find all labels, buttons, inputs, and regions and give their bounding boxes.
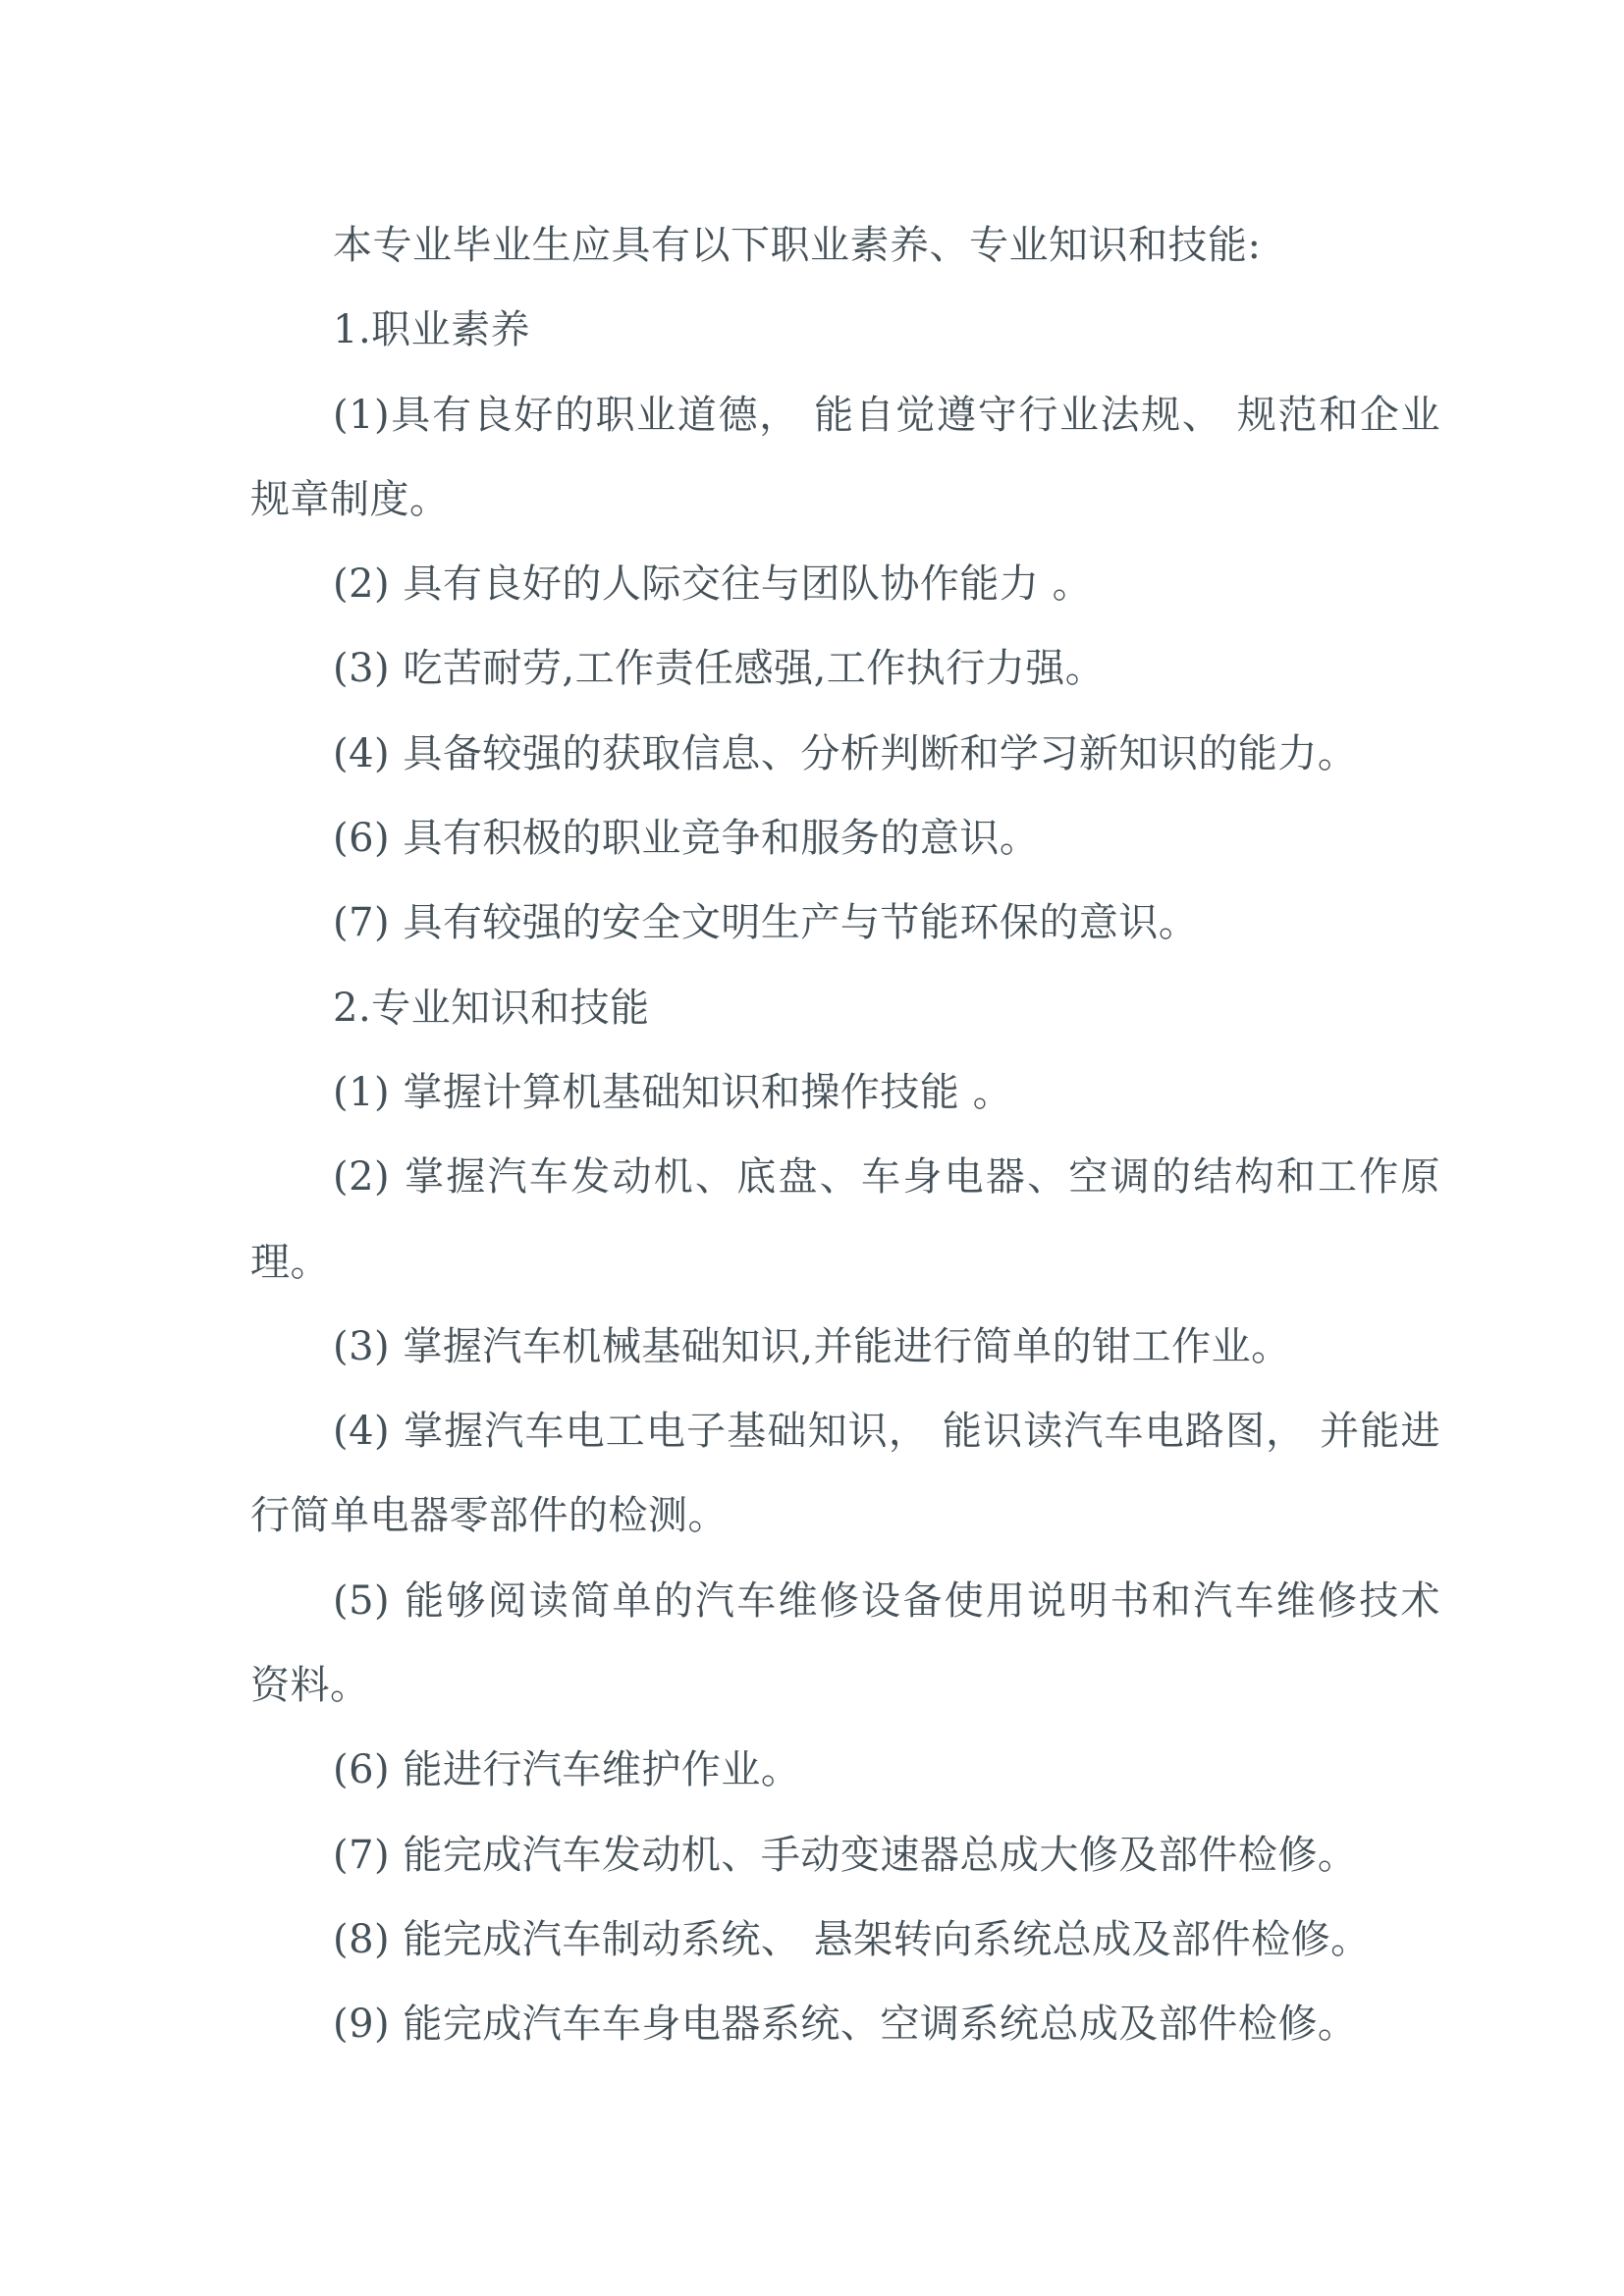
text-line-item-1-1a: (1)具有良好的职业道德， 能自觉遵守行业法规、 规范和企业 [250, 373, 1440, 457]
text-line-item-1-1b: 规章制度。 [250, 457, 1440, 542]
text-line-item-1-4: (4) 具备较强的获取信息、分析判断和学习新知识的能力。 [250, 712, 1440, 796]
document-text-block: 本专业毕业生应具有以下职业素养、专业知识和技能: 1.职业素养 (1)具有良好的… [250, 203, 1440, 2067]
text-line-item-2-5b: 资料。 [250, 1643, 1440, 1728]
text-line-item-2-5a: (5) 能够阅读简单的汽车维修设备使用说明书和汽车维修技术 [250, 1559, 1440, 1643]
text-line-item-1-6: (6) 具有积极的职业竞争和服务的意识。 [250, 796, 1440, 881]
text-line-item-2-8: (8) 能完成汽车制动系统、 悬架转向系统总成及部件检修。 [250, 1897, 1440, 1982]
text-line-item-2-2a: (2) 掌握汽车发动机、底盘、车身电器、空调的结构和工作原 [250, 1135, 1440, 1219]
text-line-item-2-7: (7) 能完成汽车发动机、手动变速器总成大修及部件检修。 [250, 1813, 1440, 1897]
text-line-heading-2: 2.专业知识和技能 [250, 966, 1440, 1050]
text-line-item-1-3: (3) 吃苦耐劳,工作责任感强,工作执行力强。 [250, 626, 1440, 711]
text-line-item-2-2b: 理。 [250, 1220, 1440, 1305]
text-line-item-1-2: (2) 具有良好的人际交往与团队协作能力 。 [250, 542, 1440, 626]
text-line-item-2-1: (1) 掌握计算机基础知识和操作技能 。 [250, 1050, 1440, 1135]
text-line-item-2-4a: (4) 掌握汽车电工电子基础知识， 能识读汽车电路图， 并能进 [250, 1389, 1440, 1473]
text-line-item-1-7: (7) 具有较强的安全文明生产与节能环保的意识。 [250, 881, 1440, 965]
text-line-item-2-3: (3) 掌握汽车机械基础知识,并能进行简单的钳工作业。 [250, 1305, 1440, 1389]
text-line-heading-1: 1.职业素养 [250, 288, 1440, 372]
document-page: 本专业毕业生应具有以下职业素养、专业知识和技能: 1.职业素养 (1)具有良好的… [0, 0, 1624, 2296]
text-line-item-2-4b: 行简单电器零部件的检测。 [250, 1473, 1440, 1558]
text-line-intro: 本专业毕业生应具有以下职业素养、专业知识和技能: [250, 203, 1440, 288]
text-line-item-2-6: (6) 能进行汽车维护作业。 [250, 1728, 1440, 1812]
text-line-item-2-9: (9) 能完成汽车车身电器系统、空调系统总成及部件检修。 [250, 1982, 1440, 2066]
